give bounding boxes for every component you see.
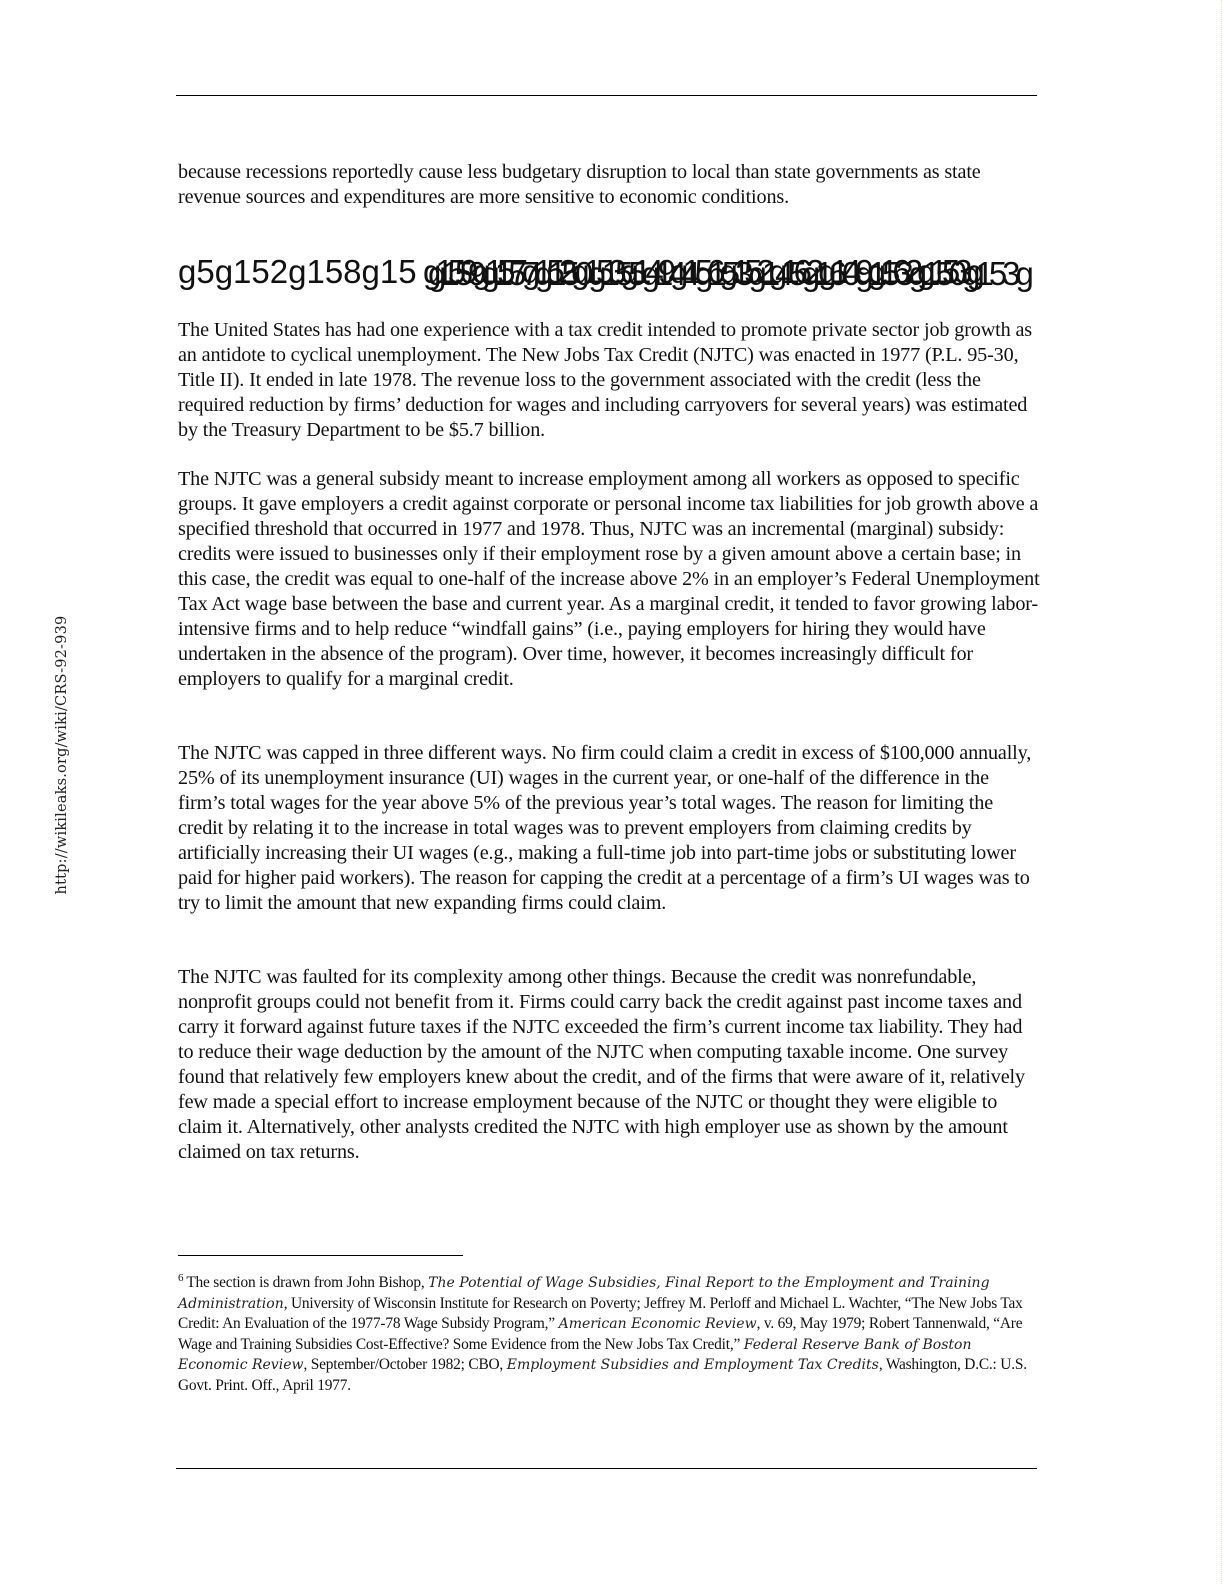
- body-paragraph-4: The NJTC was faulted for its complexity …: [178, 965, 1040, 1165]
- footnote-6: 6The section is drawn from John Bishop, …: [178, 1268, 1038, 1397]
- section-heading-overlay-b: g159g157g150g155g144g153g145g160g153g150…: [428, 254, 1029, 294]
- header-rule: [176, 95, 1037, 96]
- body-paragraph-2: The NJTC was a general subsidy meant to …: [178, 467, 1040, 692]
- source-url-watermark: http://wikileaks.org/wiki/CRS-92-939: [54, 616, 70, 895]
- continuation-paragraph: because recessions reportedly cause less…: [178, 160, 1038, 210]
- paragraph-text: The NJTC was faulted for its complexity …: [178, 965, 1040, 1165]
- body-paragraph-1: The United States has had one experience…: [178, 318, 1040, 443]
- footer-rule: [176, 1468, 1037, 1469]
- paragraph-text: The NJTC was capped in three different w…: [178, 741, 1040, 916]
- body-paragraph-3: The NJTC was capped in three different w…: [178, 741, 1040, 916]
- paragraph-text: The United States has had one experience…: [178, 318, 1040, 443]
- footnote-separator: [178, 1255, 463, 1256]
- footnote-title-cbo: Employment Subsidies and Employment Tax …: [507, 1357, 879, 1373]
- footnote-text-1: The section is drawn from John Bishop,: [186, 1274, 428, 1291]
- continuation-paragraph-container: because recessions reportedly cause less…: [178, 160, 1038, 210]
- footnote-number: 6: [178, 1272, 183, 1284]
- section-heading-garbled: g5g152g158g15 g159g157g152g153g149g156g1…: [178, 252, 417, 292]
- footnote-text-4: , September/October 1982; CBO,: [303, 1356, 506, 1373]
- paragraph-text: The NJTC was a general subsidy meant to …: [178, 467, 1040, 692]
- section-heading-prefix: g5g152g158g15: [178, 253, 417, 290]
- footnote-journal-aer: American Economic Review: [559, 1316, 757, 1332]
- page-edge-dotted-line: [1221, 0, 1222, 1584]
